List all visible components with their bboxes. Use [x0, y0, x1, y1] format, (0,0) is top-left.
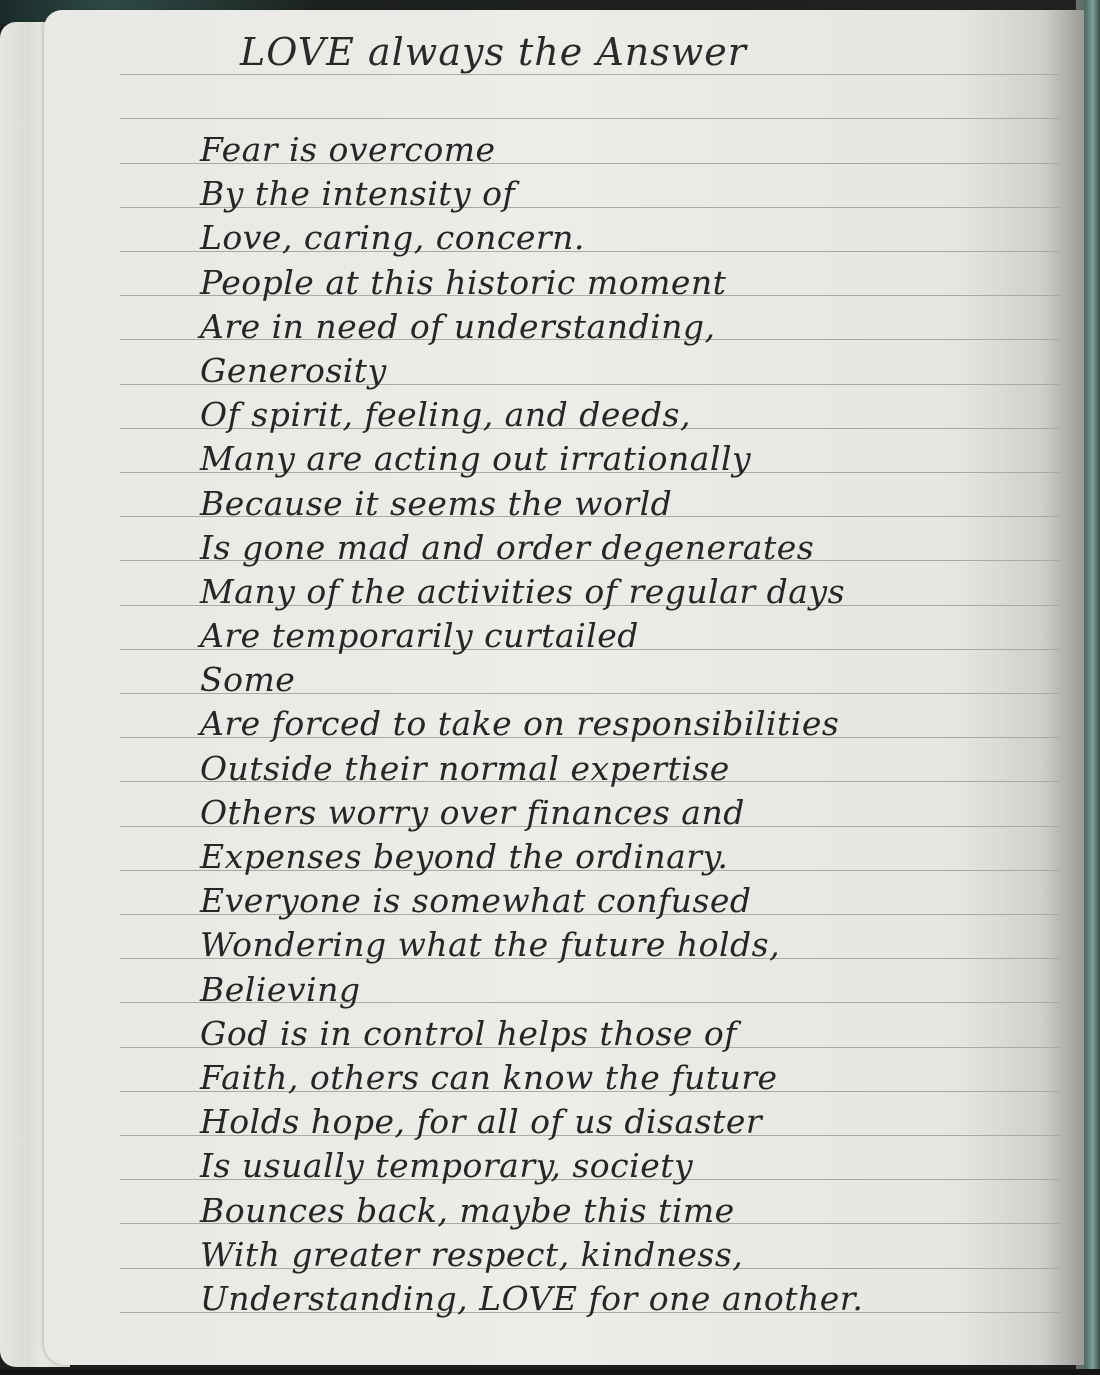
poem-line: Is gone mad and order degenerates: [200, 526, 863, 570]
poem-body: Fear is overcome By the intensity of Lov…: [200, 128, 863, 1321]
poem-line: By the intensity of: [200, 172, 863, 216]
poem-line: Because it seems the world: [200, 482, 863, 526]
poem-line: Many are acting out irrationally: [200, 437, 863, 481]
poem-line: Many of the activities of regular days: [200, 570, 863, 614]
scan-background-bottom: [0, 1369, 1100, 1375]
poem-line: Expenses beyond the ordinary.: [200, 835, 863, 879]
poem-line: Love, caring, concern.: [200, 216, 863, 260]
poem-line: With greater respect, kindness,: [200, 1233, 863, 1277]
poem-line: Faith, others can know the future: [200, 1056, 863, 1100]
ruled-line: [120, 118, 1060, 119]
poem-line: Understanding, LOVE for one another.: [200, 1277, 863, 1321]
poem-line: Are temporarily curtailed: [200, 614, 863, 658]
poem-line: Is usually temporary, society: [200, 1144, 863, 1188]
poem-line: Outside their normal expertise: [200, 747, 863, 791]
poem-line: Are in need of understanding,: [200, 305, 863, 349]
poem-line: Everyone is somewhat confused: [200, 879, 863, 923]
poem-line: Of spirit, feeling, and deeds,: [200, 393, 863, 437]
poem-line: Bounces back, maybe this time: [200, 1189, 863, 1233]
poem-line: Are forced to take on responsibilities: [200, 702, 863, 746]
poem-line: Holds hope, for all of us disaster: [200, 1100, 863, 1144]
poem-line: Fear is overcome: [200, 128, 863, 172]
poem-line: People at this historic moment: [200, 261, 863, 305]
poem-line: Some: [200, 658, 863, 702]
poem-line: Others worry over finances and: [200, 791, 863, 835]
poem-line: Generosity: [200, 349, 863, 393]
ruled-line: [120, 74, 1060, 75]
poem-line: God is in control helps those of: [200, 1012, 863, 1056]
poem-line: Believing: [200, 968, 863, 1012]
poem-line: Wondering what the future holds,: [200, 923, 863, 967]
poem-title: LOVE always the Answer: [240, 30, 747, 74]
